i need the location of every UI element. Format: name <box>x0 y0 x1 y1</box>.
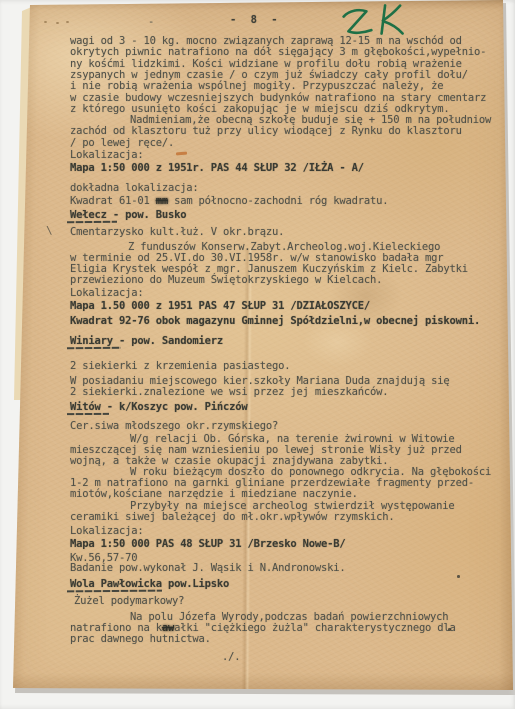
text-line: Kwadrat 92-76 obok magazynu Gminnej Spół… <box>70 316 480 327</box>
heading-underline <box>67 413 109 415</box>
text-line: Lokalizacja: <box>70 150 143 161</box>
scan-background: - 8 - wagi od 3 - 10 kg. mocno związanyc… <box>0 0 515 709</box>
text-line: Badanie pow.wykonał J. Wąsik i N.Androno… <box>70 563 345 574</box>
section-heading: Winiary - pow. Sandomierz <box>70 336 223 347</box>
section-heading: Wola Pawłowicka pow.Lipsko <box>70 579 229 590</box>
pencil-backslash-mark: \ <box>46 224 53 237</box>
text-line: 2 siekierki.znalezione we wsi przez jej … <box>70 387 388 398</box>
text-line: Żużel podymarkowy? <box>74 596 184 607</box>
speck-mark <box>66 21 69 23</box>
section-heading: Wełecz - pow. Busko <box>70 210 186 221</box>
page-number: - 8 - <box>230 15 282 26</box>
text-line: Mapa 1:50 000 z 1951r. PAS 44 SŁUP 32 /I… <box>70 163 364 174</box>
text-line: / po lewej ręce/. <box>70 138 174 149</box>
text-line: Cmentarzysko kult.łuż. V okr.brązu. <box>70 227 284 238</box>
text-line: okrytych piwnic natrafiono na dół sięgaj… <box>70 47 486 58</box>
text-line: Mapa 1:50 000 PAS 48 SŁUP 31 /Brzesko No… <box>70 539 345 550</box>
text-line: Lokalizacja: <box>70 526 143 537</box>
speck-mark <box>44 21 47 23</box>
text-line: i nie robią wrażenia wspólnej mogiły. Pr… <box>70 81 443 92</box>
text-line: ./. <box>222 652 240 663</box>
stray-dash-mark: - <box>148 16 154 28</box>
ink-dot-mark <box>448 628 451 631</box>
text-line: 2 siekierki z krzemienia pasiastego. <box>70 361 290 372</box>
speck-mark <box>56 22 59 24</box>
heading-underline <box>67 221 117 223</box>
text-line: przewieziono do Muzeum Świętokrzyskiego … <box>70 275 382 286</box>
text-line: miotów,kościane narzędzie i miedziane na… <box>70 489 358 500</box>
text-line: dokładna lokalizacja: <box>70 183 199 194</box>
ink-dot-mark <box>457 575 460 578</box>
text-line: Mapa 1.50 000 z 1951 PAS 47 SŁUP 31 /DZI… <box>70 301 370 312</box>
text-line: prac dawnego hutnictwa. <box>70 634 211 645</box>
text-line: ceramiki siwej bależącej do mł.okr.wpływ… <box>70 512 394 523</box>
text-line: zachód od klasztoru tuż przy ulicy wiodą… <box>70 126 462 137</box>
section-heading: Witów - k/Koszyc pow. Pińczów <box>70 402 248 413</box>
text-line: Lokalizacja: <box>70 288 143 299</box>
text-line: Kwadrat 61-01 mm sam północno-zachodni r… <box>70 196 388 207</box>
document-page: - 8 - wagi od 3 - 10 kg. mocno związanyc… <box>0 0 515 709</box>
text-line: Cer.siwa młodszego okr.rzymskiego? <box>70 421 278 432</box>
